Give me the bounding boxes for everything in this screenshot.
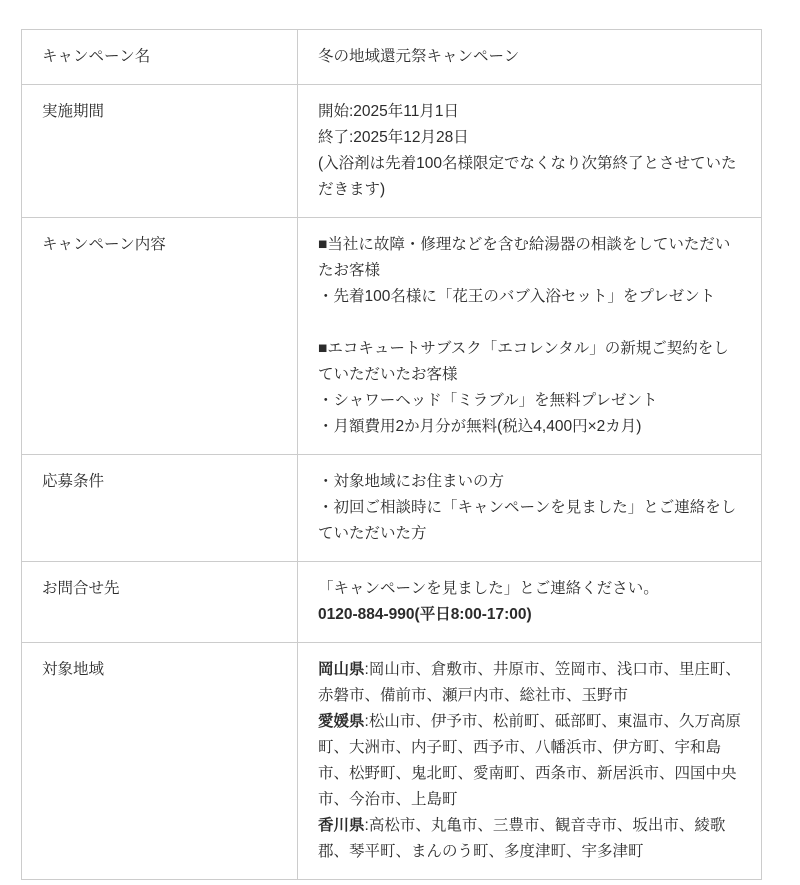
content-segment-bold: 香川県	[318, 817, 365, 834]
content-line: ・初回ご相談時に「キャンペーンを見ました」とご連絡をしていただいた方	[318, 495, 741, 547]
content-segment-bold: 岡山県	[318, 661, 365, 678]
content-segment: ・対象地域にお住まいの方	[318, 473, 504, 490]
table-row: 対象地域岡山県:岡山市、倉敷市、井原市、笠岡市、浅口市、里庄町、赤磐市、備前市、…	[22, 642, 761, 879]
content-segment-bold: 0120-884-990(平日8:00-17:00)	[318, 606, 532, 623]
content-segment: 終了:2025年12月28日	[318, 129, 469, 146]
row-label: 応募条件	[22, 455, 298, 561]
content-segment: 冬の地域還元祭キャンペーン	[318, 48, 519, 65]
content-line: 終了:2025年12月28日	[318, 125, 741, 151]
content-segment: (入浴剤は先着100名様限定でなくなり次第終了とさせていただきます)	[318, 155, 737, 198]
row-label: 対象地域	[22, 643, 298, 879]
content-segment: ■当社に故障・修理などを含む給湯器の相談をしていただいたお客様	[318, 236, 730, 279]
table-row: キャンペーン内容■当社に故障・修理などを含む給湯器の相談をしていただいたお客様・…	[22, 217, 761, 454]
row-content: ・対象地域にお住まいの方・初回ご相談時に「キャンペーンを見ました」とご連絡をして…	[298, 455, 761, 561]
content-line: 愛媛県:松山市、伊予市、松前町、砥部町、東温市、久万高原町、大洲市、内子町、西予…	[318, 709, 741, 813]
row-content: 開始:2025年11月1日終了:2025年12月28日(入浴剤は先着100名様限…	[298, 85, 761, 217]
content-segment: 「キャンペーンを見ました」とご連絡ください。	[318, 580, 659, 597]
table-row: お問合せ先「キャンペーンを見ました」とご連絡ください。0120-884-990(…	[22, 561, 761, 642]
content-segment: :松山市、伊予市、松前町、砥部町、東温市、久万高原町、大洲市、内子町、西予市、八…	[318, 713, 741, 808]
content-segment: 開始:2025年11月1日	[318, 103, 459, 120]
row-content: ■当社に故障・修理などを含む給湯器の相談をしていただいたお客様・先着100名様に…	[298, 218, 761, 454]
content-line: 開始:2025年11月1日	[318, 99, 741, 125]
content-segment: :岡山市、倉敷市、井原市、笠岡市、浅口市、里庄町、赤磐市、備前市、瀬戸内市、総社…	[318, 661, 741, 704]
content-line: ■当社に故障・修理などを含む給湯器の相談をしていただいたお客様	[318, 232, 741, 284]
content-line: 「キャンペーンを見ました」とご連絡ください。	[318, 576, 741, 602]
table-row: キャンペーン名冬の地域還元祭キャンペーン	[22, 30, 761, 84]
content-line: ・月額費用2か月分が無料(税込4,400円×2カ月)	[318, 414, 741, 440]
table-row: 実施期間開始:2025年11月1日終了:2025年12月28日(入浴剤は先着10…	[22, 84, 761, 217]
content-line: ■エコキュートサブスク「エコレンタル」の新規ご契約をしていただいたお客様	[318, 336, 741, 388]
content-segment: ・初回ご相談時に「キャンペーンを見ました」とご連絡をしていただいた方	[318, 499, 736, 542]
content-line: (入浴剤は先着100名様限定でなくなり次第終了とさせていただきます)	[318, 151, 741, 203]
campaign-info-page: キャンペーン名冬の地域還元祭キャンペーン実施期間開始:2025年11月1日終了:…	[0, 0, 800, 885]
content-line: ・先着100名様に「花王のバブ入浴セット」をプレゼント	[318, 284, 741, 310]
row-content: 冬の地域還元祭キャンペーン	[298, 30, 761, 84]
campaign-info-table: キャンペーン名冬の地域還元祭キャンペーン実施期間開始:2025年11月1日終了:…	[21, 29, 762, 880]
row-label: キャンペーン名	[22, 30, 298, 84]
content-segment: ・月額費用2か月分が無料(税込4,400円×2カ月)	[318, 418, 641, 435]
content-line: ・対象地域にお住まいの方	[318, 469, 741, 495]
row-label: お問合せ先	[22, 562, 298, 642]
content-line: 香川県:高松市、丸亀市、三豊市、観音寺市、坂出市、綾歌郡、琴平町、まんのう町、多…	[318, 813, 741, 865]
content-segment: :高松市、丸亀市、三豊市、観音寺市、坂出市、綾歌郡、琴平町、まんのう町、多度津町…	[318, 817, 725, 860]
row-label: 実施期間	[22, 85, 298, 217]
table-row: 応募条件・対象地域にお住まいの方・初回ご相談時に「キャンペーンを見ました」とご連…	[22, 454, 761, 561]
row-content: 岡山県:岡山市、倉敷市、井原市、笠岡市、浅口市、里庄町、赤磐市、備前市、瀬戸内市…	[298, 643, 761, 879]
content-line: 岡山県:岡山市、倉敷市、井原市、笠岡市、浅口市、里庄町、赤磐市、備前市、瀬戸内市…	[318, 657, 741, 709]
blank-line	[318, 310, 741, 336]
content-line: ・シャワーヘッド「ミラブル」を無料プレゼント	[318, 388, 741, 414]
row-label: キャンペーン内容	[22, 218, 298, 454]
content-segment: ・シャワーヘッド「ミラブル」を無料プレゼント	[318, 392, 657, 409]
content-line: 冬の地域還元祭キャンペーン	[318, 44, 741, 70]
row-content: 「キャンペーンを見ました」とご連絡ください。0120-884-990(平日8:0…	[298, 562, 761, 642]
content-segment: ・先着100名様に「花王のバブ入浴セット」をプレゼント	[318, 288, 715, 305]
content-segment: ■エコキュートサブスク「エコレンタル」の新規ご契約をしていただいたお客様	[318, 340, 729, 383]
content-line: 0120-884-990(平日8:00-17:00)	[318, 602, 741, 628]
content-segment-bold: 愛媛県	[318, 713, 365, 730]
